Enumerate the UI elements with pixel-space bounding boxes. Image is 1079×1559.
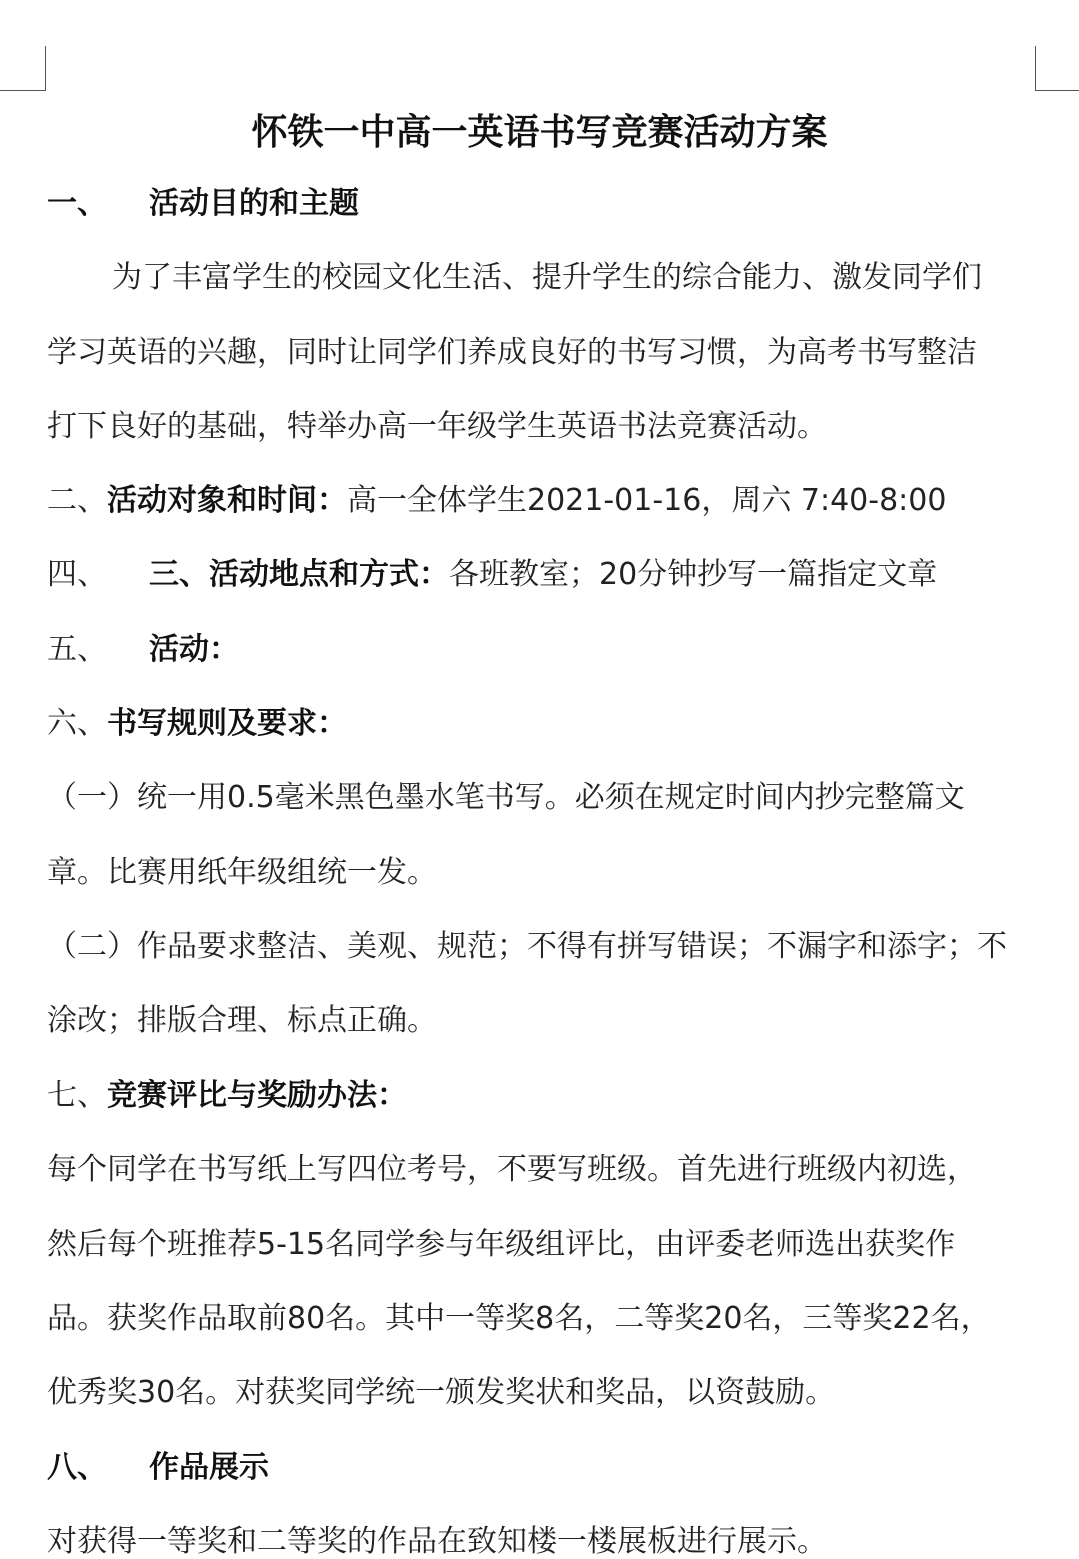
section-6-line: 六、书写规则及要求： bbox=[47, 704, 347, 744]
paragraph-line: 优秀奖30名。对获奖同学统一颁发奖状和奖品，以资鼓励。 bbox=[47, 1373, 835, 1413]
section-8-heading: 八、作品展示 bbox=[47, 1448, 269, 1488]
section-heading-text: 活动地点和方式： bbox=[209, 557, 449, 592]
rule-text: 作品要求整洁、美观、规范；不得有拼写错误；不漏字和添字；不 bbox=[137, 929, 1007, 964]
page-corner-mark-top-left bbox=[0, 46, 46, 91]
paragraph-line: 每个同学在书写纸上写四位考号，不要写班级。首先进行班级内初选， bbox=[47, 1150, 977, 1190]
section-number: 一、 bbox=[47, 186, 107, 221]
section-number: 七、 bbox=[47, 1078, 107, 1113]
section-heading-text: 竞赛评比与奖励办法： bbox=[107, 1078, 407, 1113]
section-1-heading: 一、活动目的和主题 bbox=[47, 184, 359, 224]
rule-1-line: （一）统一用0.5毫米黑色墨水笔书写。必须在规定时间内抄完整篇文 bbox=[47, 778, 965, 818]
paragraph-line: 学习英语的兴趣，同时让同学们养成良好的书写习惯，为高考书写整洁 bbox=[47, 333, 977, 373]
section-number: 八、 bbox=[47, 1450, 107, 1485]
paragraph-line: 然后每个班推荐5-15名同学参与年级组评比，由评委老师选出获奖作 bbox=[47, 1225, 955, 1265]
section-7-line: 七、竞赛评比与奖励办法： bbox=[47, 1076, 407, 1116]
rule-2-line-2: 涂改；排版合理、标点正确。 bbox=[47, 1001, 437, 1041]
section-heading-text: 活动对象和时间： bbox=[107, 483, 347, 518]
section-number: 四、 bbox=[47, 557, 107, 592]
section-content: 高一全体学生2021-01-16，周六 7:40-8:00 bbox=[347, 483, 946, 518]
section-heading-text: 活动目的和主题 bbox=[149, 186, 359, 221]
section-5-line: 五、活动： bbox=[47, 630, 239, 670]
section-heading-text: 书写规则及要求： bbox=[107, 706, 347, 741]
section-content: 各班教室；20分钟抄写一篇指定文章 bbox=[449, 557, 937, 592]
page-corner-mark-top-right bbox=[1035, 46, 1079, 91]
rule-1-line-2: 章。比赛用纸年级组统一发。 bbox=[47, 853, 437, 893]
rule-label: （二） bbox=[47, 929, 137, 964]
paragraph-line: 对获得一等奖和二等奖的作品在致知楼一楼展板进行展示。 bbox=[47, 1522, 827, 1559]
paragraph-line: 打下良好的基础，特举办高一年级学生英语书法竞赛活动。 bbox=[47, 407, 827, 447]
section-number: 二、 bbox=[47, 483, 107, 518]
rule-2-line: （二）作品要求整洁、美观、规范；不得有拼写错误；不漏字和添字；不 bbox=[47, 927, 1007, 967]
section-number: 六、 bbox=[47, 706, 107, 741]
section-heading-text: 作品展示 bbox=[149, 1450, 269, 1485]
section-subnumber: 三、 bbox=[149, 557, 209, 592]
rule-text: 统一用0.5毫米黑色墨水笔书写。必须在规定时间内抄完整篇文 bbox=[137, 780, 965, 815]
paragraph-line: 为了丰富学生的校园文化生活、提升学生的综合能力、激发同学们 bbox=[112, 258, 982, 298]
section-2-line: 二、活动对象和时间：高一全体学生2021-01-16，周六 7:40-8:00 bbox=[47, 481, 946, 521]
document-title: 怀铁一中高一英语书写竞赛活动方案 bbox=[0, 104, 1079, 155]
section-number: 五、 bbox=[47, 632, 107, 667]
section-3-line: 四、三、活动地点和方式：各班教室；20分钟抄写一篇指定文章 bbox=[47, 555, 937, 595]
rule-label: （一） bbox=[47, 780, 137, 815]
paragraph-line: 品。获奖作品取前80名。其中一等奖8名，二等奖20名，三等奖22名， bbox=[47, 1299, 991, 1339]
section-heading-text: 活动： bbox=[149, 632, 239, 667]
